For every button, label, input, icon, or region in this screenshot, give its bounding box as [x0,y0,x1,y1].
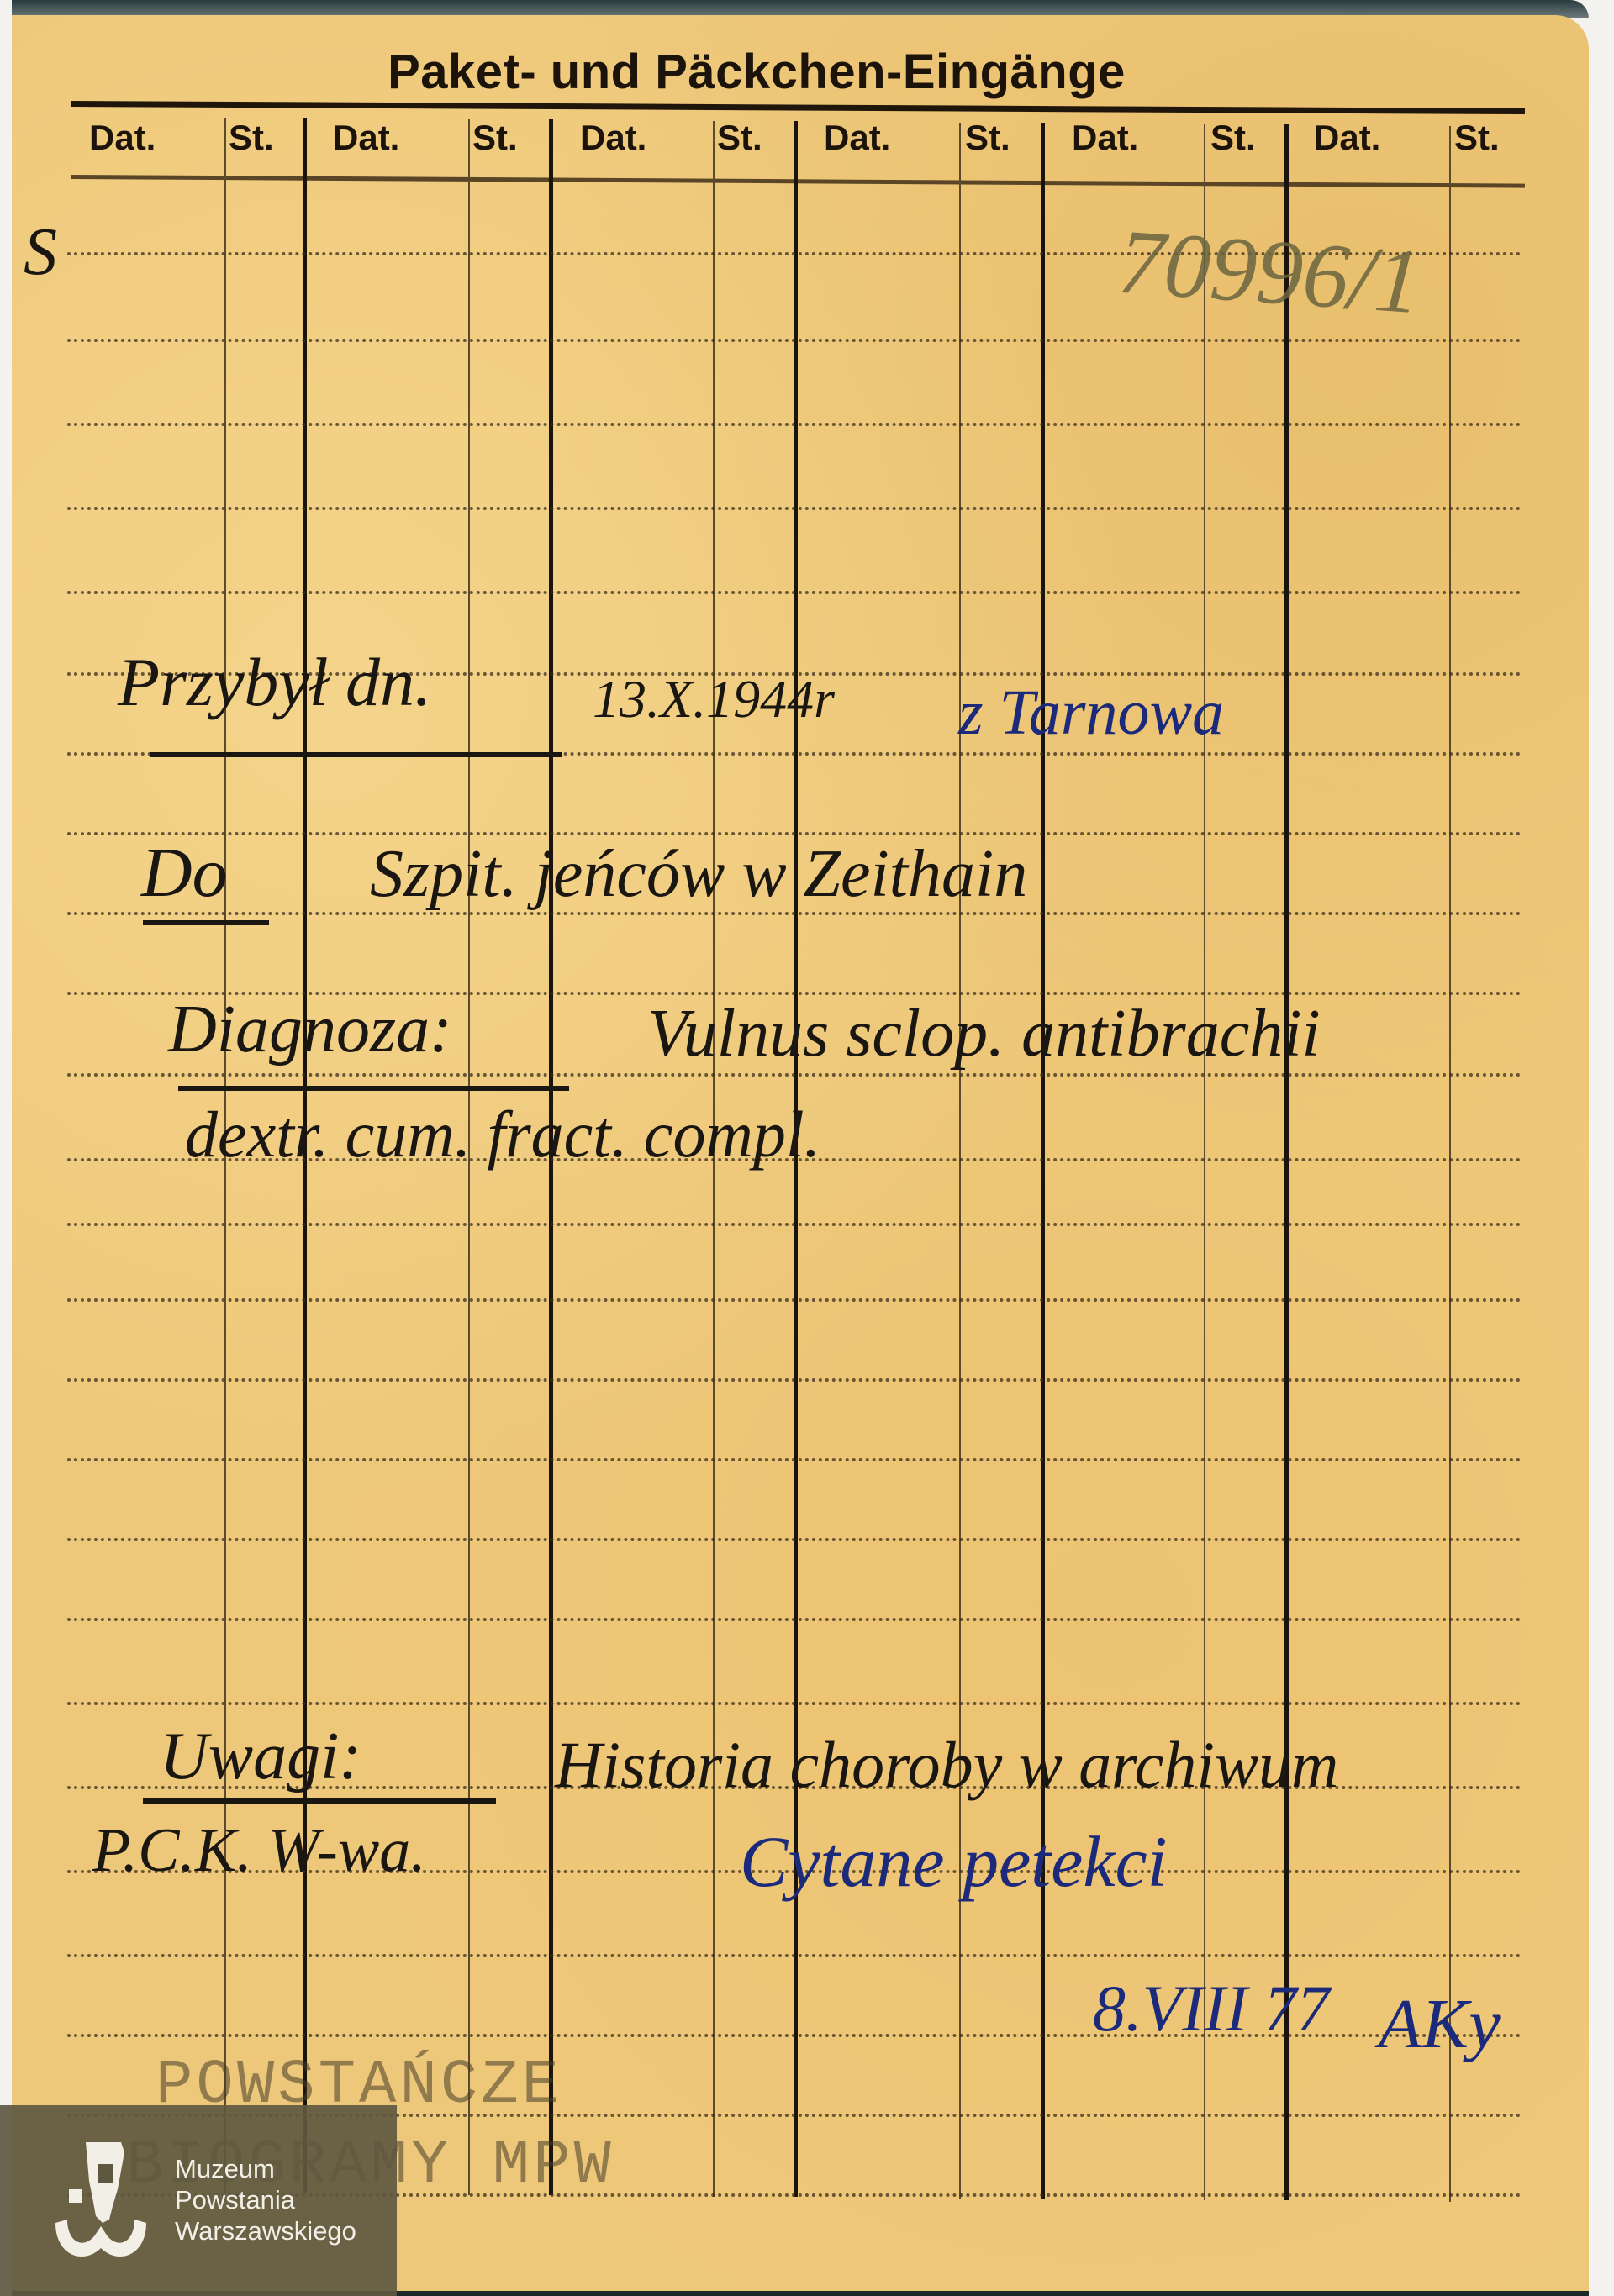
remarks-label: Uwagi: [160,1719,361,1795]
column-header-st: St. [717,118,762,158]
row-line [67,1298,1522,1302]
row-line [67,423,1522,426]
column-header-st: St. [1210,118,1256,158]
destination-value: Szpit. jeńców w Zeithain [370,836,1027,913]
margin-mark: S [24,214,57,291]
arrival-date: 13.X.1944r [593,668,835,730]
column-divider [1204,124,1205,2200]
logo-text-line-3: Warszawskiego [175,2216,356,2246]
row-line [67,339,1522,342]
diagnosis-label-underline [178,1086,569,1091]
destination-label-underline [143,920,269,925]
destination-label: Do [141,832,228,914]
row-line [67,832,1522,835]
arrival-origin: z Tarnowa [958,677,1224,750]
remarks-line-2-blue: Cytane petekci [740,1819,1168,1904]
column-header-st: St. [472,118,518,158]
column-divider [1449,126,1451,2202]
row-line [67,1954,1522,1957]
remarks-line-1: Historia choroby w archiwum [555,1727,1338,1803]
row-line [67,1702,1522,1705]
column-header-st: St. [965,118,1010,158]
arrival-label: Przybył dn. [118,643,431,722]
row-line [67,1073,1522,1077]
pencil-archive-number: 70996/1 [1115,208,1425,336]
card-title: Paket- und Päckchen-Eingänge [0,44,1513,100]
logo-text-line-1: Muzeum [175,2154,275,2184]
logo-text-line-2: Powstania [175,2185,295,2215]
column-header-dat: Dat. [824,118,890,158]
diagnosis-label: Diagnoza: [168,992,452,1068]
column-header-st: St. [229,118,274,158]
row-line [67,507,1522,510]
diagnosis-line-2: dextr. cum. fract. compl. [185,1097,820,1172]
signature-date: 8.VIII 77 [1093,1971,1330,2046]
column-header-dat: Dat. [1072,118,1138,158]
anchor-logo-icon [50,2139,151,2265]
column-header-dat: Dat. [1314,118,1380,158]
column-header-dat: Dat. [333,118,399,158]
diagnosis-line-1: Vulnus sclop. antibrachii [647,996,1321,1072]
row-line [67,1223,1522,1226]
arrival-label-underline [150,752,562,757]
row-line [67,1618,1522,1621]
column-header-dat: Dat. [580,118,646,158]
row-line [67,1378,1522,1382]
column-header-dat: Dat. [89,118,156,158]
row-line [67,1538,1522,1541]
row-line [67,1458,1522,1461]
column-divider [1284,124,1289,2200]
remarks-line-2-black: P.C.K. W-wa. [92,1815,426,1887]
signature-initials: AKy [1379,1983,1501,2065]
row-line [67,591,1522,594]
remarks-label-underline [143,1798,496,1804]
column-header-st: St. [1454,118,1500,158]
